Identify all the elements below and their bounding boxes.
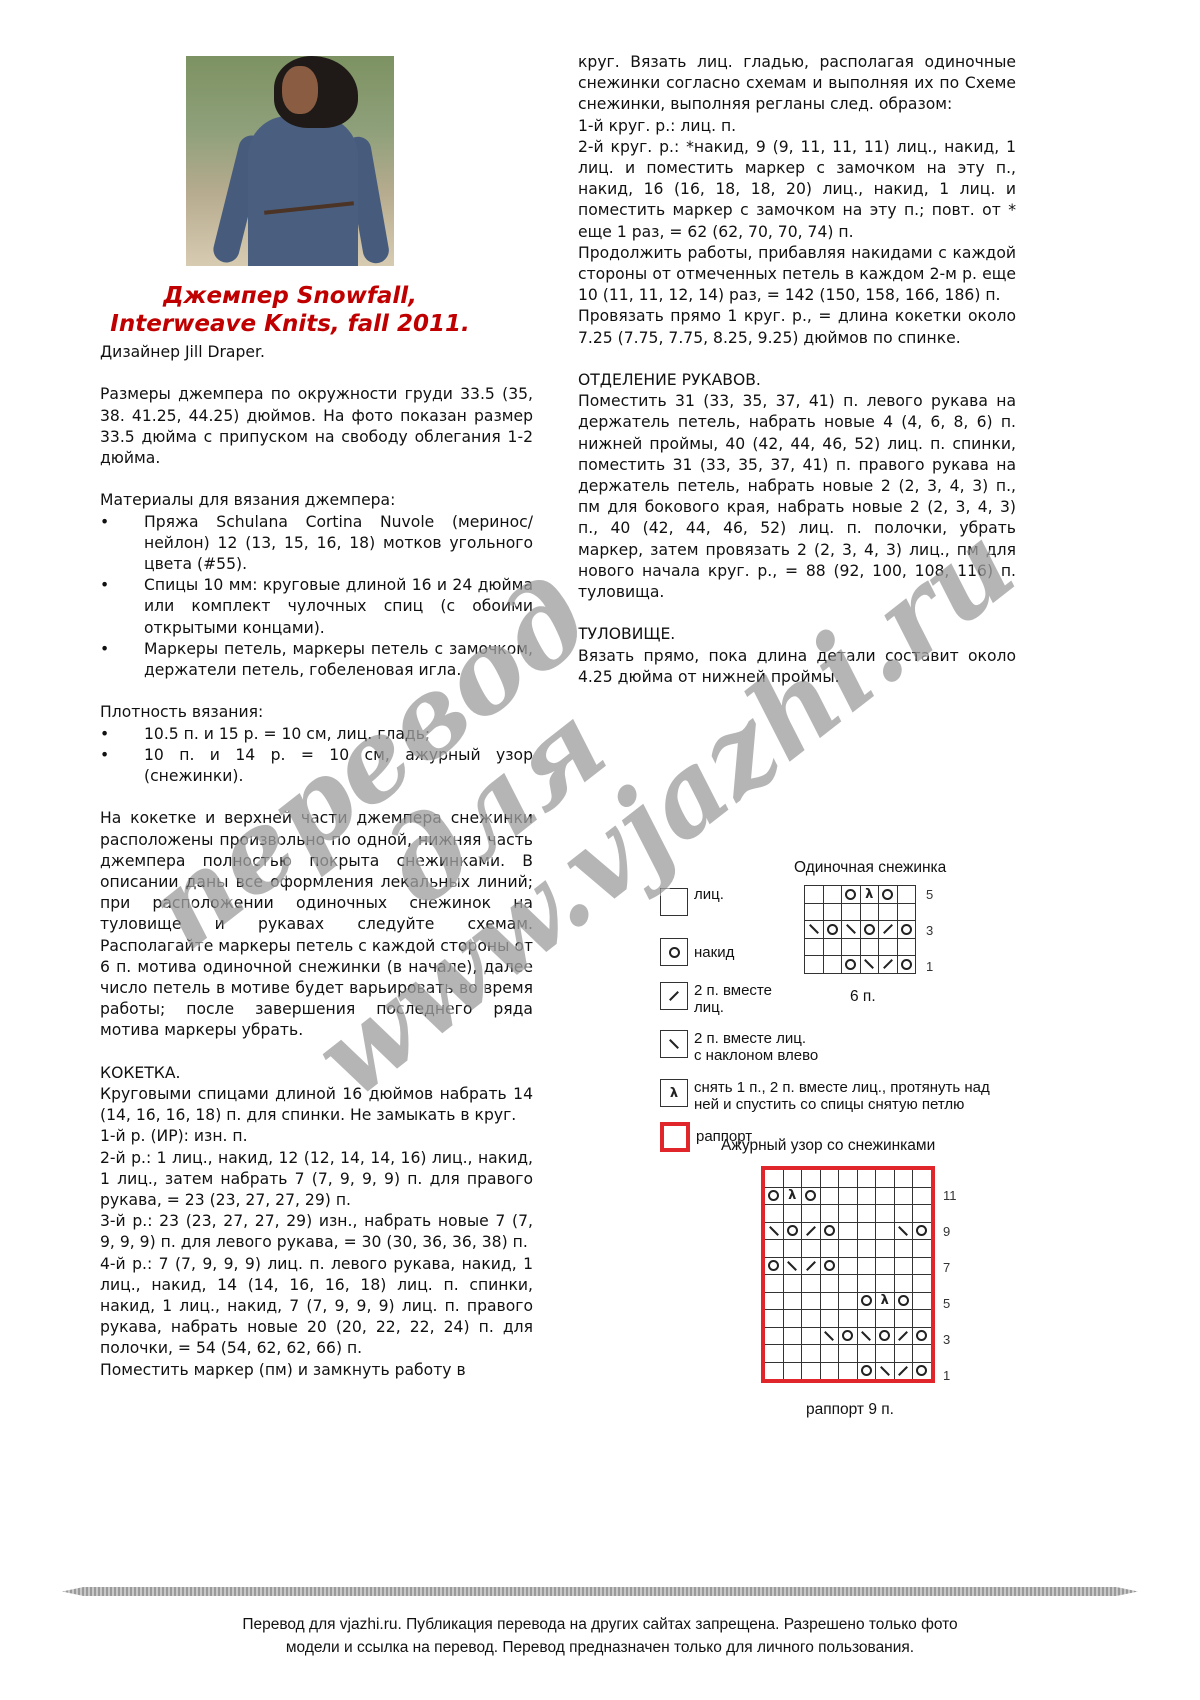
- legend-label: лиц.: [694, 886, 724, 903]
- chart-row: λ: [763, 1292, 933, 1310]
- paragraph: 3-й р.: 23 (23, 27, 27, 29) изн., набрат…: [100, 1211, 533, 1253]
- bullet-item: •10 п. и 14 р. = 10 см, ажурный узор (сн…: [100, 745, 533, 787]
- ssk-icon: [861, 1331, 871, 1341]
- chart-cell: [839, 1292, 858, 1310]
- legend-label: 2 п. вместе лиц.: [694, 982, 772, 1016]
- yarn-over-icon: [898, 1295, 909, 1306]
- chart-cell: [802, 1310, 821, 1328]
- paragraph: Поместить маркер (пм) и замкнуть работу …: [100, 1360, 533, 1381]
- chart-cell: [857, 1310, 876, 1328]
- sk2p-icon: λ: [788, 1189, 796, 1202]
- yarn-over-icon: [842, 1330, 853, 1341]
- k2tog-icon: [883, 959, 893, 969]
- chart-cell: [876, 1187, 895, 1205]
- chart-cell: [876, 1327, 895, 1345]
- yarn-over-icon: [901, 959, 912, 970]
- chart-cell: [802, 1205, 821, 1223]
- chart-cell: [802, 1275, 821, 1293]
- bullet-text: 10 п. и 14 р. = 10 см, ажурный узор (сне…: [144, 745, 533, 787]
- yarn-over-icon: [845, 959, 856, 970]
- chart-cell: [820, 1362, 839, 1381]
- chart-cell: [783, 1327, 802, 1345]
- chart-row: [763, 1362, 933, 1381]
- yarn-over-icon: [916, 1225, 927, 1236]
- chart-cell: [783, 1275, 802, 1293]
- chart-cell: [802, 1168, 821, 1187]
- chart-cell: [913, 1345, 933, 1363]
- chart-cell: [820, 1168, 839, 1187]
- chart-cell: [913, 1362, 933, 1381]
- chart-cell: [763, 1205, 783, 1223]
- footer-line-1: Перевод для vjazhi.ru. Публикация перево…: [100, 1613, 1100, 1636]
- chart-row: [763, 1240, 933, 1258]
- paragraph-gap: [578, 349, 1016, 370]
- chart-cell: [894, 1240, 913, 1258]
- chart-cell: [802, 1222, 821, 1240]
- chart-cell: [763, 1187, 783, 1205]
- chart-cell: [876, 1310, 895, 1328]
- chart-row: [763, 1275, 933, 1293]
- chart-cell: [894, 1257, 913, 1275]
- chart-cell: [860, 956, 879, 974]
- chart-cell: [802, 1240, 821, 1258]
- single-snowflake-chart: λ: [804, 885, 916, 974]
- chart-cell: [879, 956, 898, 974]
- chart-cell: [857, 1275, 876, 1293]
- paragraph: Продолжить работы, прибавляя накидами с …: [578, 243, 1016, 307]
- paragraph: 2-й р.: 1 лиц., накид, 12 (12, 14, 14, 1…: [100, 1148, 533, 1212]
- chart-cell: [823, 938, 842, 956]
- chart-cell: λ: [860, 886, 879, 904]
- k2tog-icon: [898, 1366, 908, 1376]
- chart-cell: [894, 1310, 913, 1328]
- chart-cell: [857, 1345, 876, 1363]
- chart-cell: [897, 938, 916, 956]
- chart-row: [763, 1257, 933, 1275]
- legend-label: накид: [694, 944, 734, 961]
- chart-cell: [842, 938, 861, 956]
- chart-cell: [763, 1345, 783, 1363]
- chart-row: [805, 938, 916, 956]
- chart-cell: [913, 1205, 933, 1223]
- chart-cell: [857, 1362, 876, 1381]
- ssk-icon: [787, 1261, 797, 1271]
- model-photo: [186, 56, 394, 266]
- bullet-icon: •: [100, 639, 144, 681]
- chart-row: [763, 1310, 933, 1328]
- bullet-text: Пряжа Schulana Cortina Nuvole (меринос/н…: [144, 512, 533, 576]
- chart-row: [763, 1222, 933, 1240]
- ssk-symbol-icon: [660, 1030, 688, 1058]
- chart-cell: [802, 1187, 821, 1205]
- chart-cell: [842, 921, 861, 939]
- yarn-over-icon: [768, 1260, 779, 1271]
- legend-item-k2tog: 2 п. вместе лиц.: [660, 982, 772, 1016]
- paragraph: Вязать прямо, пока длина детали составит…: [578, 646, 1016, 688]
- chart-cell: [894, 1292, 913, 1310]
- chart-row: λ: [805, 886, 916, 904]
- chart-cell: [763, 1310, 783, 1328]
- chart-cell: [842, 956, 861, 974]
- chart-row: [763, 1205, 933, 1223]
- chart-cell: [839, 1275, 858, 1293]
- chart-cell: [857, 1205, 876, 1223]
- legend-item-knit: лиц.: [660, 888, 724, 916]
- chart-cell: [802, 1362, 821, 1381]
- bullet-text: Маркеры петель, маркеры петель с замочко…: [144, 639, 533, 681]
- chart-cell: [763, 1292, 783, 1310]
- chart-cell: [783, 1168, 802, 1187]
- ssk-icon: [898, 1226, 908, 1236]
- k2tog-icon: [806, 1226, 816, 1236]
- yarn-over-icon: [824, 1260, 835, 1271]
- chart-cell: [802, 1327, 821, 1345]
- yo-symbol-icon: [660, 938, 688, 966]
- ssk-icon: [824, 1331, 834, 1341]
- yarn-over-icon: [916, 1330, 927, 1341]
- chart-cell: [783, 1205, 802, 1223]
- legend-item-sk2p: λснять 1 п., 2 п. вместе лиц., протянуть…: [660, 1079, 990, 1113]
- chart-cell: [894, 1205, 913, 1223]
- paragraph-gap: [100, 469, 533, 490]
- chart-cell: [839, 1222, 858, 1240]
- chart-cell: [860, 938, 879, 956]
- ssk-icon: [769, 1226, 779, 1236]
- chart-cell: [857, 1327, 876, 1345]
- chart-cell: [857, 1257, 876, 1275]
- chart-cell: [783, 1257, 802, 1275]
- paragraph: КОКЕТКА.: [100, 1063, 533, 1084]
- chart-cell: [783, 1362, 802, 1381]
- chart-cell: [763, 1362, 783, 1381]
- chart-cell: [913, 1292, 933, 1310]
- chart-cell: [876, 1168, 895, 1187]
- chart-cell: [860, 921, 879, 939]
- yarn-over-icon: [768, 1190, 779, 1201]
- chart-cell: [876, 1362, 895, 1381]
- chart-cell: [783, 1240, 802, 1258]
- paragraph: Размеры джемпера по окружности груди 33.…: [100, 384, 533, 469]
- footer-divider: [62, 1587, 1138, 1596]
- yarn-over-icon: [827, 924, 838, 935]
- ssk-icon: [809, 924, 819, 934]
- yarn-over-icon: [861, 1365, 872, 1376]
- paragraph: круг. Вязать лиц. гладью, располагая оди…: [578, 52, 1016, 116]
- chart-cell: [857, 1187, 876, 1205]
- paragraph: На кокетке и верхней части джемпера снеж…: [100, 808, 533, 1041]
- chart-cell: [839, 1327, 858, 1345]
- sk2p-icon: λ: [865, 888, 873, 901]
- chart-cell: [839, 1257, 858, 1275]
- yarn-over-icon: [861, 1295, 872, 1306]
- k2tog-icon: [669, 991, 679, 1001]
- title-line-2: Interweave Knits, fall 2011.: [100, 310, 480, 338]
- chart-cell: [805, 921, 824, 939]
- chart-row: [805, 903, 916, 921]
- chart-cell: [897, 886, 916, 904]
- paragraph: Плотность вязания:: [100, 702, 533, 723]
- yarn-over-icon: [864, 924, 875, 935]
- chart-cell: [763, 1327, 783, 1345]
- bullet-item: •Спицы 10 мм: круговые длиной 16 и 24 дю…: [100, 575, 533, 639]
- pattern-page: Джемпер Snowfall, Interweave Knits, fall…: [0, 0, 1200, 1700]
- legend-item-yo: накид: [660, 938, 734, 966]
- paragraph: 1-й р. (ИР): изн. п.: [100, 1126, 533, 1147]
- yarn-over-icon: [824, 1225, 835, 1236]
- paragraph-gap: [100, 787, 533, 808]
- chart-cell: [839, 1345, 858, 1363]
- chart-cell: [913, 1222, 933, 1240]
- row-number-label: 5: [943, 1296, 950, 1311]
- chart-row: [805, 956, 916, 974]
- chart-cell: [783, 1292, 802, 1310]
- paragraph: Провязать прямо 1 круг. р., = длина коке…: [578, 306, 1016, 348]
- chart-cell: [802, 1345, 821, 1363]
- bullet-icon: •: [100, 575, 144, 639]
- yarn-over-icon: [805, 1190, 816, 1201]
- sk2p-symbol-icon: λ: [660, 1079, 688, 1107]
- chart-cell: [857, 1168, 876, 1187]
- bullet-text: 10.5 п. и 15 р. = 10 см, лиц. гладь;: [144, 724, 533, 745]
- chart-cell: [805, 886, 824, 904]
- chart-cell: [876, 1345, 895, 1363]
- chart-cell: [879, 921, 898, 939]
- k2tog-icon: [883, 924, 893, 934]
- chart-cell: [820, 1327, 839, 1345]
- chart-cell: [763, 1275, 783, 1293]
- sk2p-icon: λ: [881, 1294, 889, 1307]
- chart-cell: [894, 1168, 913, 1187]
- paragraph-gap: [100, 681, 533, 702]
- paragraph-gap: [578, 603, 1016, 624]
- chart-cell: [763, 1168, 783, 1187]
- chart-cell: [823, 903, 842, 921]
- chart-cell: [783, 1310, 802, 1328]
- knit-symbol-icon: [660, 888, 688, 916]
- chart-cell: [842, 903, 861, 921]
- paragraph-gap: [100, 1042, 533, 1063]
- chart-cell: [839, 1362, 858, 1381]
- chart-cell: [876, 1205, 895, 1223]
- paragraph: ТУЛОВИЩЕ.: [578, 624, 1016, 645]
- paragraph: Поместить 31 (33, 35, 37, 41) п. левого …: [578, 391, 1016, 603]
- row-number-label: 3: [926, 923, 933, 938]
- paragraph: ОТДЕЛЕНИЕ РУКАВОВ.: [578, 370, 1016, 391]
- bullet-icon: •: [100, 512, 144, 576]
- chart-cell: [763, 1257, 783, 1275]
- paragraph: Материалы для вязания джемпера:: [100, 490, 533, 511]
- chart-cell: [802, 1292, 821, 1310]
- footer-notice: Перевод для vjazhi.ru. Публикация перево…: [100, 1613, 1100, 1659]
- chart-row: λ: [763, 1187, 933, 1205]
- chart-cell: [913, 1310, 933, 1328]
- ssk-icon: [864, 959, 874, 969]
- bullet-icon: •: [100, 745, 144, 787]
- row-number-label: 7: [943, 1260, 950, 1275]
- chart-cell: [783, 1345, 802, 1363]
- k2tog-icon: [806, 1261, 816, 1271]
- chart-cell: [820, 1275, 839, 1293]
- chart-cell: [857, 1292, 876, 1310]
- bullet-item: •Пряжа Schulana Cortina Nuvole (меринос/…: [100, 512, 533, 576]
- chart-cell: [820, 1292, 839, 1310]
- chart-cell: [802, 1257, 821, 1275]
- chart-cell: [879, 938, 898, 956]
- chart-cell: [894, 1345, 913, 1363]
- paragraph: 1-й круг. р.: лиц. п.: [578, 116, 1016, 137]
- ssk-icon: [669, 1039, 679, 1049]
- chart-cell: [913, 1327, 933, 1345]
- chart-cell: [913, 1168, 933, 1187]
- chart-cell: [894, 1187, 913, 1205]
- chart-cell: [823, 956, 842, 974]
- chart-cell: [839, 1310, 858, 1328]
- lace-pattern-caption: раппорт 9 п.: [806, 1401, 894, 1419]
- chart-cell: [820, 1240, 839, 1258]
- chart-cell: [805, 956, 824, 974]
- chart-cell: [897, 956, 916, 974]
- paragraph: 2-й круг. р.: *накид, 9 (9, 11, 11, 11) …: [578, 137, 1016, 243]
- chart-cell: [839, 1205, 858, 1223]
- chart-cell: [897, 903, 916, 921]
- row-number-label: 9: [943, 1224, 950, 1239]
- chart-cell: [913, 1257, 933, 1275]
- chart-cell: [839, 1240, 858, 1258]
- chart-cell: [897, 921, 916, 939]
- chart-cell: [876, 1240, 895, 1258]
- chart-cell: [913, 1187, 933, 1205]
- chart-row: [763, 1345, 933, 1363]
- legend-label: снять 1 п., 2 п. вместе лиц., протянуть …: [694, 1079, 990, 1113]
- chart-cell: [913, 1275, 933, 1293]
- legend-label: 2 п. вместе лиц. с наклоном влево: [694, 1030, 818, 1064]
- row-number-label: 5: [926, 887, 933, 902]
- chart-cell: [860, 903, 879, 921]
- chart-cell: [894, 1327, 913, 1345]
- chart-cell: [894, 1362, 913, 1381]
- chart-cell: [820, 1205, 839, 1223]
- yarn-over-icon: [916, 1365, 927, 1376]
- chart-row: [805, 921, 916, 939]
- chart-cell: [823, 886, 842, 904]
- lace-pattern-title: Ажурный узор со снежинками: [721, 1137, 935, 1155]
- chart-cell: [876, 1275, 895, 1293]
- repeat-symbol-icon: [660, 1122, 690, 1152]
- lace-pattern-chart: λλ: [761, 1166, 935, 1383]
- single-snowflake-caption: 6 п.: [850, 988, 876, 1006]
- right-text-column: круг. Вязать лиц. гладью, располагая оди…: [578, 52, 1016, 688]
- yarn-over-icon: [669, 947, 680, 958]
- row-number-label: 11: [943, 1188, 957, 1203]
- chart-cell: [876, 1257, 895, 1275]
- row-number-label: 1: [926, 959, 933, 974]
- chart-cell: [879, 903, 898, 921]
- chart-cell: [820, 1257, 839, 1275]
- chart-cell: [820, 1187, 839, 1205]
- chart-cell: [857, 1222, 876, 1240]
- chart-cell: [763, 1222, 783, 1240]
- sk2p-icon: λ: [670, 1087, 678, 1100]
- k2tog-icon: [898, 1331, 908, 1341]
- yarn-over-icon: [882, 889, 893, 900]
- chart-cell: [876, 1222, 895, 1240]
- chart-cell: [820, 1345, 839, 1363]
- bullet-item: •10.5 п. и 15 р. = 10 см, лиц. гладь;: [100, 724, 533, 745]
- legend-item-ssk: 2 п. вместе лиц. с наклоном влево: [660, 1030, 818, 1064]
- chart-cell: λ: [876, 1292, 895, 1310]
- chart-cell: [894, 1275, 913, 1293]
- paragraph: 4-й р.: 7 (7, 9, 9, 9) лиц. п. левого ру…: [100, 1254, 533, 1360]
- yarn-over-icon: [901, 924, 912, 935]
- paragraph: Дизайнер Jill Draper.: [100, 342, 533, 363]
- chart-cell: λ: [783, 1187, 802, 1205]
- paragraph: Круговыми спицами длиной 16 дюймов набра…: [100, 1084, 533, 1126]
- chart-cell: [839, 1187, 858, 1205]
- yarn-over-icon: [879, 1330, 890, 1341]
- row-number-label: 1: [943, 1368, 950, 1383]
- chart-cell: [913, 1240, 933, 1258]
- yarn-over-icon: [845, 889, 856, 900]
- chart-cell: [823, 921, 842, 939]
- chart-cell: [805, 938, 824, 956]
- k2tog-symbol-icon: [660, 982, 688, 1010]
- single-snowflake-title: Одиночная снежинка: [794, 859, 946, 877]
- left-text-column: Дизайнер Jill Draper.Размеры джемпера по…: [100, 342, 533, 1381]
- yarn-over-icon: [787, 1225, 798, 1236]
- bullet-icon: •: [100, 724, 144, 745]
- footer-line-2: модели и ссылка на перевод. Перевод пред…: [100, 1636, 1100, 1659]
- chart-cell: [894, 1222, 913, 1240]
- ssk-icon: [880, 1366, 890, 1376]
- bullet-item: •Маркеры петель, маркеры петель с замочк…: [100, 639, 533, 681]
- row-number-label: 3: [943, 1332, 950, 1347]
- chart-cell: [879, 886, 898, 904]
- chart-cell: [783, 1222, 802, 1240]
- paragraph-gap: [100, 363, 533, 384]
- chart-cell: [842, 886, 861, 904]
- chart-cell: [857, 1240, 876, 1258]
- chart-cell: [763, 1240, 783, 1258]
- chart-cell: [820, 1222, 839, 1240]
- chart-row: [763, 1168, 933, 1187]
- title-line-1: Джемпер Snowfall,: [100, 282, 480, 310]
- chart-cell: [839, 1168, 858, 1187]
- pattern-title: Джемпер Snowfall, Interweave Knits, fall…: [100, 282, 480, 338]
- bullet-text: Спицы 10 мм: круговые длиной 16 и 24 дюй…: [144, 575, 533, 639]
- ssk-icon: [846, 924, 856, 934]
- chart-cell: [820, 1310, 839, 1328]
- chart-row: [763, 1327, 933, 1345]
- chart-cell: [805, 903, 824, 921]
